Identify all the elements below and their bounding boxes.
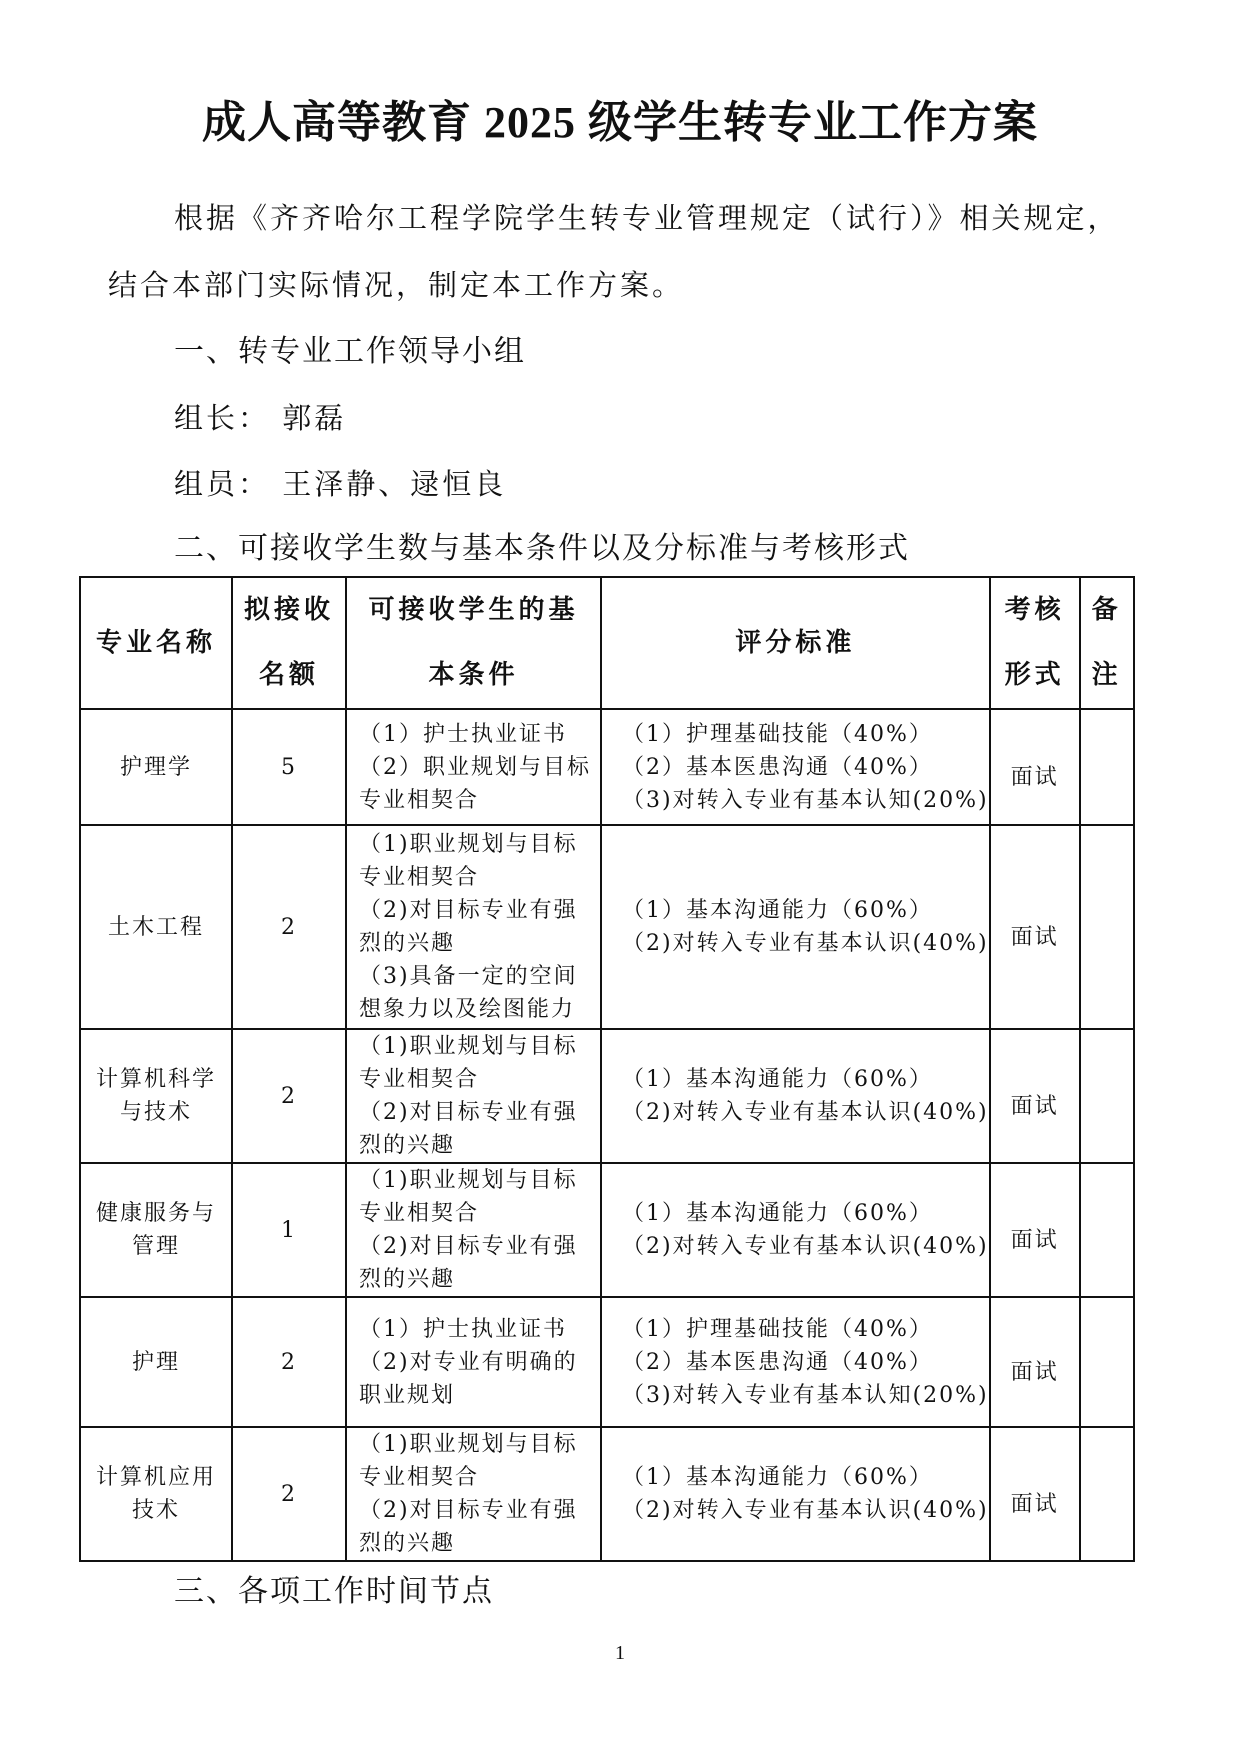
cell-conditions: （1)职业规划与目标 专业相契合 （2)对目标专业有强 烈的兴趣 [346, 1163, 601, 1297]
cell-remarks [1080, 1163, 1134, 1297]
cell-quota: 5 [232, 709, 346, 825]
cell-conditions: （1）护士执业证书 （2）职业规划与目标 专业相契合 [346, 709, 601, 825]
table-header-row: 专业名称 拟接收名额 可接收学生的基本条件 评分标准 考核形式 备注 [80, 577, 1134, 709]
cell-remarks [1080, 825, 1134, 1029]
cell-criteria: （1）基本沟通能力（60%） （2)对转入专业有基本认识(40%) [601, 825, 990, 1029]
cell-major: 计算机科学与技术 [80, 1029, 232, 1163]
header-remarks: 备注 [1080, 577, 1134, 709]
header-form: 考核形式 [990, 577, 1080, 709]
section-2-heading: 二、可接收学生数与基本条件以及分标准与考核形式 [174, 529, 910, 569]
group-leader: 组长： 郭磊 [174, 398, 346, 438]
table-row: 护理 2 （1）护士执业证书 （2)对专业有明确的 职业规划 （1）护理基础技能… [80, 1297, 1134, 1427]
cell-criteria: （1）护理基础技能（40%） （2）基本医患沟通（40%） （3)对转入专业有基… [601, 709, 990, 825]
cell-remarks [1080, 1427, 1134, 1561]
section-3-heading: 三、各项工作时间节点 [174, 1572, 494, 1612]
cell-remarks [1080, 1297, 1134, 1427]
cell-conditions: （1)职业规划与目标 专业相契合 （2)对目标专业有强 烈的兴趣 （3)具备一定… [346, 825, 601, 1029]
cell-criteria: （1）基本沟通能力（60%） （2)对转入专业有基本认识(40%) [601, 1427, 990, 1561]
cell-quota: 2 [232, 1297, 346, 1427]
transfer-quota-table: 专业名称 拟接收名额 可接收学生的基本条件 评分标准 考核形式 备注 护理学 5… [79, 576, 1135, 1562]
table-row: 健康服务与管理 1 （1)职业规划与目标 专业相契合 （2)对目标专业有强 烈的… [80, 1163, 1134, 1297]
cell-conditions: （1）护士执业证书 （2)对专业有明确的 职业规划 [346, 1297, 601, 1427]
cell-criteria: （1）基本沟通能力（60%） （2)对转入专业有基本认识(40%) [601, 1163, 990, 1297]
cell-quota: 2 [232, 1029, 346, 1163]
header-quota: 拟接收名额 [232, 577, 346, 709]
section-1-heading: 一、转专业工作领导小组 [174, 332, 526, 372]
header-conditions: 可接收学生的基本条件 [346, 577, 601, 709]
header-criteria: 评分标准 [601, 577, 990, 709]
cell-remarks [1080, 1029, 1134, 1163]
cell-major: 护理 [80, 1297, 232, 1427]
table-row: 计算机应用技术 2 （1)职业规划与目标 专业相契合 （2)对目标专业有强 烈的… [80, 1427, 1134, 1561]
cell-form: 面试 [990, 1427, 1080, 1561]
cell-form: 面试 [990, 1297, 1080, 1427]
cell-criteria: （1）基本沟通能力（60%） （2)对转入专业有基本认识(40%) [601, 1029, 990, 1163]
intro-paragraph-line-2: 结合本部门实际情况，制定本工作方案。 [108, 265, 684, 305]
table-row: 护理学 5 （1）护士执业证书 （2）职业规划与目标 专业相契合 （1）护理基础… [80, 709, 1134, 825]
cell-form: 面试 [990, 825, 1080, 1029]
cell-major: 计算机应用技术 [80, 1427, 232, 1561]
header-major: 专业名称 [80, 577, 232, 709]
cell-criteria: （1）护理基础技能（40%） （2）基本医患沟通（40%） （3)对转入专业有基… [601, 1297, 990, 1427]
group-members: 组员： 王泽静、逯恒良 [174, 464, 506, 504]
cell-quota: 1 [232, 1163, 346, 1297]
page-number: 1 [0, 1642, 1240, 1665]
cell-quota: 2 [232, 825, 346, 1029]
cell-form: 面试 [990, 1029, 1080, 1163]
table-row: 土木工程 2 （1)职业规划与目标 专业相契合 （2)对目标专业有强 烈的兴趣 … [80, 825, 1134, 1029]
cell-conditions: （1)职业规划与目标 专业相契合 （2)对目标专业有强 烈的兴趣 [346, 1427, 601, 1561]
cell-remarks [1080, 709, 1134, 825]
cell-quota: 2 [232, 1427, 346, 1561]
cell-form: 面试 [990, 709, 1080, 825]
cell-conditions: （1)职业规划与目标 专业相契合 （2)对目标专业有强 烈的兴趣 [346, 1029, 601, 1163]
cell-major: 土木工程 [80, 825, 232, 1029]
cell-form: 面试 [990, 1163, 1080, 1297]
document-title: 成人高等教育 2025 级学生转专业工作方案 [0, 96, 1240, 150]
cell-major: 健康服务与管理 [80, 1163, 232, 1297]
table-row: 计算机科学与技术 2 （1)职业规划与目标 专业相契合 （2)对目标专业有强 烈… [80, 1029, 1134, 1163]
intro-paragraph-line-1: 根据《齐齐哈尔工程学院学生转专业管理规定（试行）》相关规定， [174, 198, 1120, 238]
cell-major: 护理学 [80, 709, 232, 825]
